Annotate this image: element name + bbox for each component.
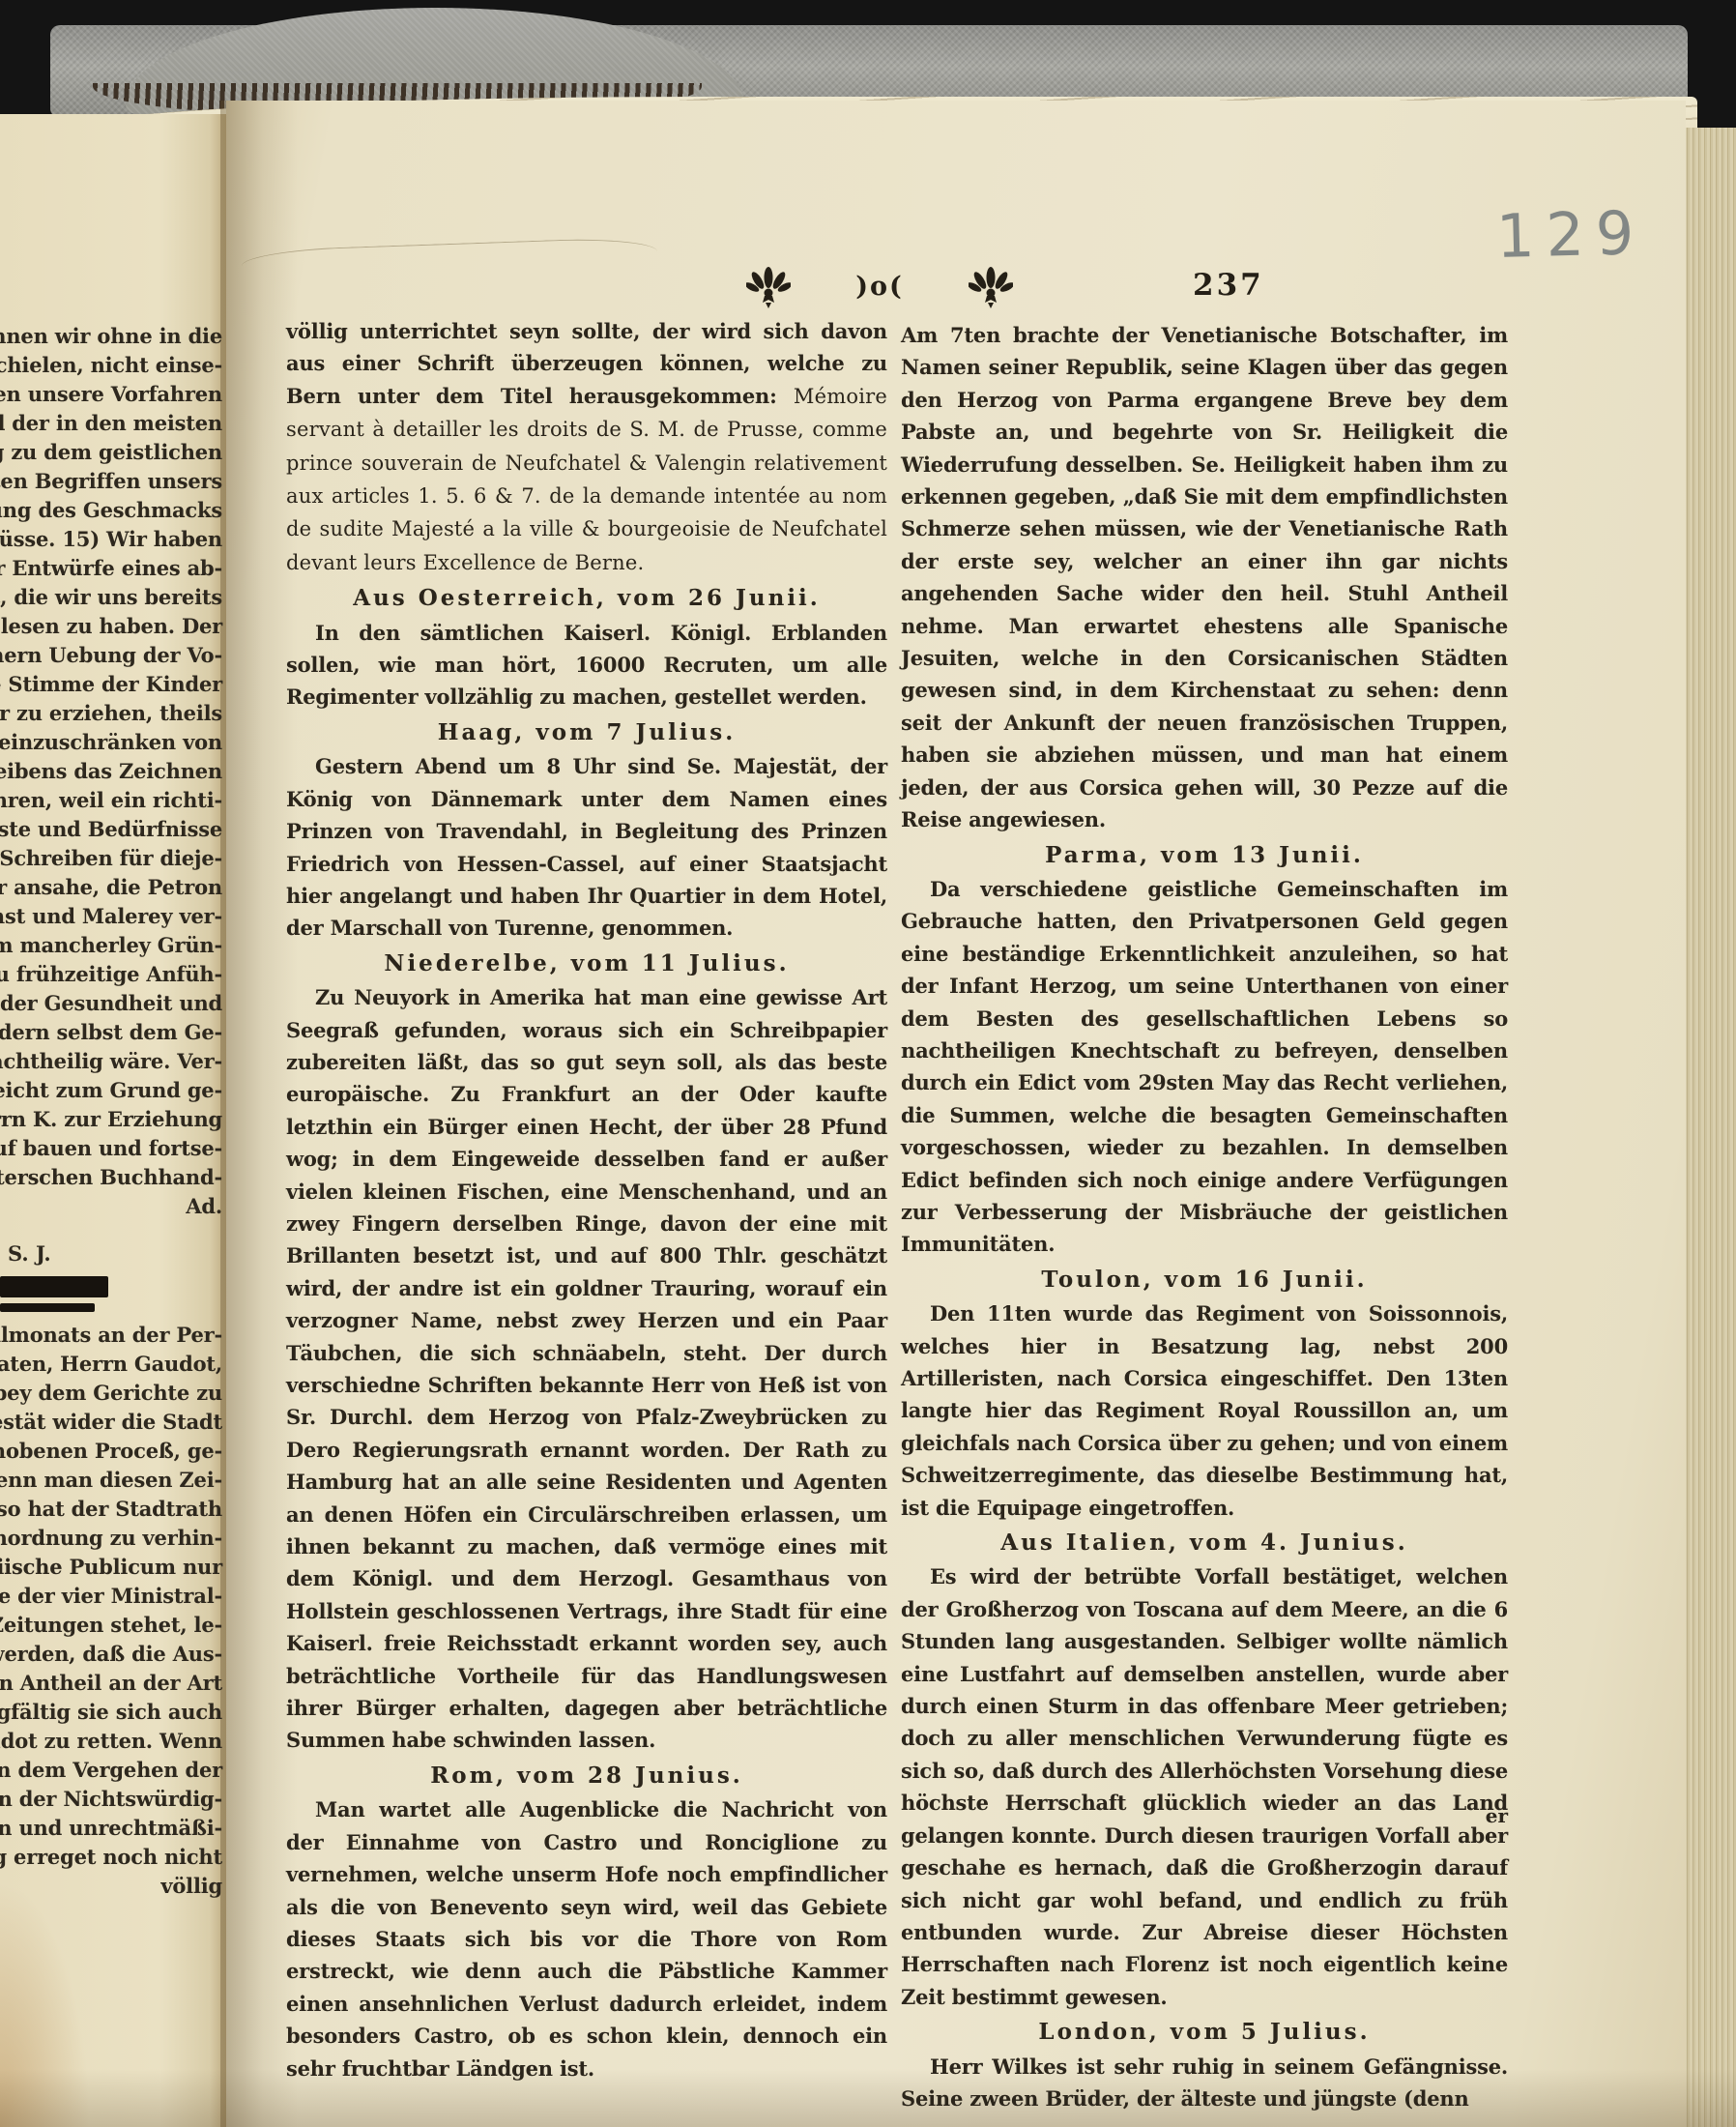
paragraph: In den sämtlichen Kaiserl. Königl. Erbla… xyxy=(286,617,887,714)
text-line: er Kanterschen Buchhand- xyxy=(0,1163,222,1192)
text-line: vocaten, Herrn Gaudot, xyxy=(0,1350,222,1379)
catchword: er xyxy=(1411,1806,1508,1825)
paragraph: Man wartet alle Augenblicke die Nachrich… xyxy=(286,1793,887,2084)
text-line: völlig xyxy=(0,1872,222,1901)
redaction-bar xyxy=(0,1276,108,1297)
section-signature: S. J. xyxy=(8,1243,51,1264)
section-heading: Toulon, vom 16 Junii. xyxy=(901,1261,1508,1297)
section-heading: Haag, vom 7 Julius. xyxy=(286,714,887,750)
text-line: Künste und Bedürfnisse xyxy=(0,815,222,844)
text-line: wahr werden, daß die Aus- xyxy=(0,1640,222,1669)
text-line: nert, die wir uns bereits xyxy=(0,583,222,612)
fore-edge-pages xyxy=(1684,128,1736,2127)
redaction-bar-thin xyxy=(0,1303,95,1312)
text-line: einen Antheil an der Art xyxy=(0,1669,222,1698)
french-roman-text: Mémoire servant à detailler les droits d… xyxy=(286,385,887,574)
left-page-upper-text: können wir ohne in dieur zu schielen, ni… xyxy=(0,322,222,1221)
text-line: nur der Gesundheit und xyxy=(0,989,222,1018)
text-line: Schreibens das Zeichnen xyxy=(0,757,222,786)
text-line: äuterten Begriffen unsers xyxy=(0,467,222,496)
header-ornaments: )o( xyxy=(746,259,1013,313)
text-line: das Schreiben für dieje- xyxy=(0,844,222,873)
text-line: n müsse. 15) Wir haben xyxy=(0,525,222,554)
header-mark: )o( xyxy=(855,274,904,300)
text-line: ie Stimme der Kinder xyxy=(0,670,222,699)
text-line: iniger Entwürfe eines ab- xyxy=(0,554,222,583)
text-line: welchen unsere Vorfahren xyxy=(0,380,222,409)
paragraph: Zu Neuyork in Amerika hat man eine gewis… xyxy=(286,981,887,1757)
left-page-lower-text: Aprilmonats an der Per-vocaten, Herrn Ga… xyxy=(0,1321,222,1901)
paragraph: Es wird der betrübte Vorfall bestätiget,… xyxy=(901,1560,1508,2013)
section-heading: London, vom 5 Julius. xyxy=(901,2013,1508,2050)
section-heading: Aus Oesterreich, vom 26 Junii. xyxy=(286,579,887,616)
section-heading: Aus Italien, vom 4. Junius. xyxy=(901,1524,1508,1560)
text-line: können wir ohne in die xyxy=(0,322,222,351)
text-line: igs bey dem Gerichte zu xyxy=(0,1379,222,1408)
library-stamp: 129 xyxy=(1495,203,1646,267)
text-line: chen Zeitungen stehet, le- xyxy=(0,1611,222,1640)
text-line: n und der in den meisten xyxy=(0,409,222,438)
section-heading: Rom, vom 28 Junius. xyxy=(286,1757,887,1793)
page-number: 237 xyxy=(1193,271,1264,301)
text-line: so sorgfältig sie sich auch xyxy=(0,1698,222,1727)
text-line: ur zu schielen, nicht einse- xyxy=(0,351,222,380)
section-heading: Niederelbe, vom 11 Julius. xyxy=(286,945,887,981)
paragraph: Herr Wilkes ist sehr ruhig in seinem Gef… xyxy=(901,2051,1508,2115)
paragraph: Den 11ten wurde das Regiment von Soisson… xyxy=(901,1297,1508,1524)
text-line: atel erhobenen Proceß, ge- xyxy=(0,1437,222,1466)
text-line: Herrn K. zur Erziehung xyxy=(0,1105,222,1134)
paragraph: Am 7ten brachte der Venetianische Botsch… xyxy=(901,319,1508,836)
text-line: emeinern Uebung der Vo- xyxy=(0,641,222,670)
text-line: k besser zu erziehen, theils xyxy=(0,699,222,728)
text-line: reitung zu dem geistlichen xyxy=(0,438,222,467)
text-line: Aprilmonats an der Per- xyxy=(0,1321,222,1350)
shell-fleuron-right-icon xyxy=(969,264,1013,308)
text-line: Aussage der vier Ministral- xyxy=(0,1582,222,1611)
text-line: se Unordnung zu verhin- xyxy=(0,1524,222,1553)
paragraph: Da verschiedene geistliche Gemeinschafte… xyxy=(901,873,1508,1261)
text-line: te, so hat der Stadtrath xyxy=(0,1495,222,1524)
section-heading: Parma, vom 13 Junii. xyxy=(901,836,1508,873)
text-line: Majestät wider die Stadt xyxy=(0,1408,222,1437)
paragraph: völlig unterrichtet seyn sollte, der wir… xyxy=(286,315,887,579)
text-column-2: Am 7ten brachte der Venetianische Botsch… xyxy=(901,319,1508,2114)
shell-fleuron-left-icon xyxy=(746,264,791,308)
text-line: ici von dem Vergehen der xyxy=(0,1756,222,1785)
text-line: zuführen, weil ein richti- xyxy=(0,786,222,815)
text-line: hst nachtheilig wäre. Ver- xyxy=(0,1047,222,1076)
paragraph: Gestern Abend um 8 Uhr sind Se. Majestät… xyxy=(286,750,887,944)
text-line: kunst und Malerey ver- xyxy=(0,902,222,931)
text-line: darauf bauen und fortse- xyxy=(0,1134,222,1163)
text-line: werden und unrechtmäßi- xyxy=(0,1814,222,1843)
text-line: gar zu frühzeitige Anfüh- xyxy=(0,960,222,989)
text-line: ab ihm mancherley Grün- xyxy=(0,931,222,960)
text-line: Wenn man diesen Zei- xyxy=(0,1466,222,1495)
text-line: gypter ansahe, die Petron xyxy=(0,873,222,902)
text-line: Bildung des Geschmacks xyxy=(0,496,222,525)
text-line: von der Nichtswürdig- xyxy=(0,1785,222,1814)
text-line: Gaudot zu retten. Wenn xyxy=(0,1727,222,1756)
text-line: partheiische Publicum nur xyxy=(0,1553,222,1582)
text-line: gelesen zu haben. Der xyxy=(0,612,222,641)
text-column-1: völlig unterrichtet seyn sollte, der wir… xyxy=(286,315,887,2084)
text-line: vielleicht zum Grund ge- xyxy=(0,1076,222,1105)
text-line: mehr einzuschränken von xyxy=(0,728,222,757)
book-scan: )o( 237 129 völlig unterrichtet seyn sol… xyxy=(0,0,1736,2127)
text-line: Ad. xyxy=(0,1192,222,1221)
text-line: sondern selbst dem Ge- xyxy=(0,1018,222,1047)
text-line: n König erreget noch nicht xyxy=(0,1843,222,1872)
